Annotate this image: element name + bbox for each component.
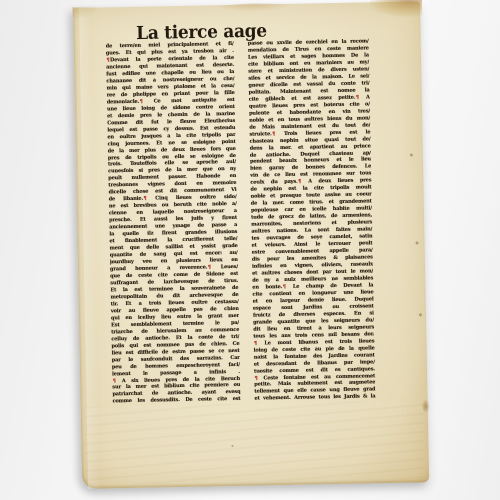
left-margin-crease bbox=[79, 8, 100, 489]
fox-spot bbox=[410, 154, 413, 157]
text-line: comme les dessusdits. De ceste cite est bbox=[113, 396, 241, 405]
right-edge-chip bbox=[422, 399, 430, 413]
rubric-pilcrow: ¶ bbox=[207, 264, 211, 270]
rubric-pilcrow: ¶ bbox=[355, 94, 359, 100]
rubric-pilcrow: ¶ bbox=[143, 196, 147, 202]
text-line: et vehement. Arrouse tous les Jardis & l… bbox=[254, 394, 375, 403]
fox-spot bbox=[419, 313, 422, 316]
text-column-right: passe ou xxviie de ezechiel en la recom/… bbox=[248, 38, 376, 403]
rubric-pilcrow: ¶ bbox=[298, 179, 302, 185]
fox-spot bbox=[231, 445, 233, 447]
stain-top-edge bbox=[213, 3, 293, 13]
rubric-pilcrow: ¶ bbox=[253, 340, 257, 346]
stain-top-right bbox=[370, 0, 422, 17]
rubric-pilcrow: ¶ bbox=[254, 375, 258, 381]
stain-top-left bbox=[72, 7, 98, 19]
rubric-pilcrow: ¶ bbox=[139, 98, 143, 104]
manuscript-leaf: La tierce aage de terre/en miel principa… bbox=[73, 1, 429, 489]
rubric-pilcrow: ¶ bbox=[106, 57, 110, 63]
text-column-left: de terre/en miel principalement et fi/gu… bbox=[106, 41, 241, 406]
rubric-pilcrow: ¶ bbox=[282, 284, 286, 290]
rubric-pilcrow: ¶ bbox=[272, 131, 276, 137]
bottom-wrinkles bbox=[85, 400, 425, 484]
fox-spot bbox=[416, 241, 419, 244]
photo-backdrop: La tierce aage de terre/en miel principa… bbox=[0, 0, 500, 500]
rubric-pilcrow: ¶ bbox=[112, 378, 116, 384]
